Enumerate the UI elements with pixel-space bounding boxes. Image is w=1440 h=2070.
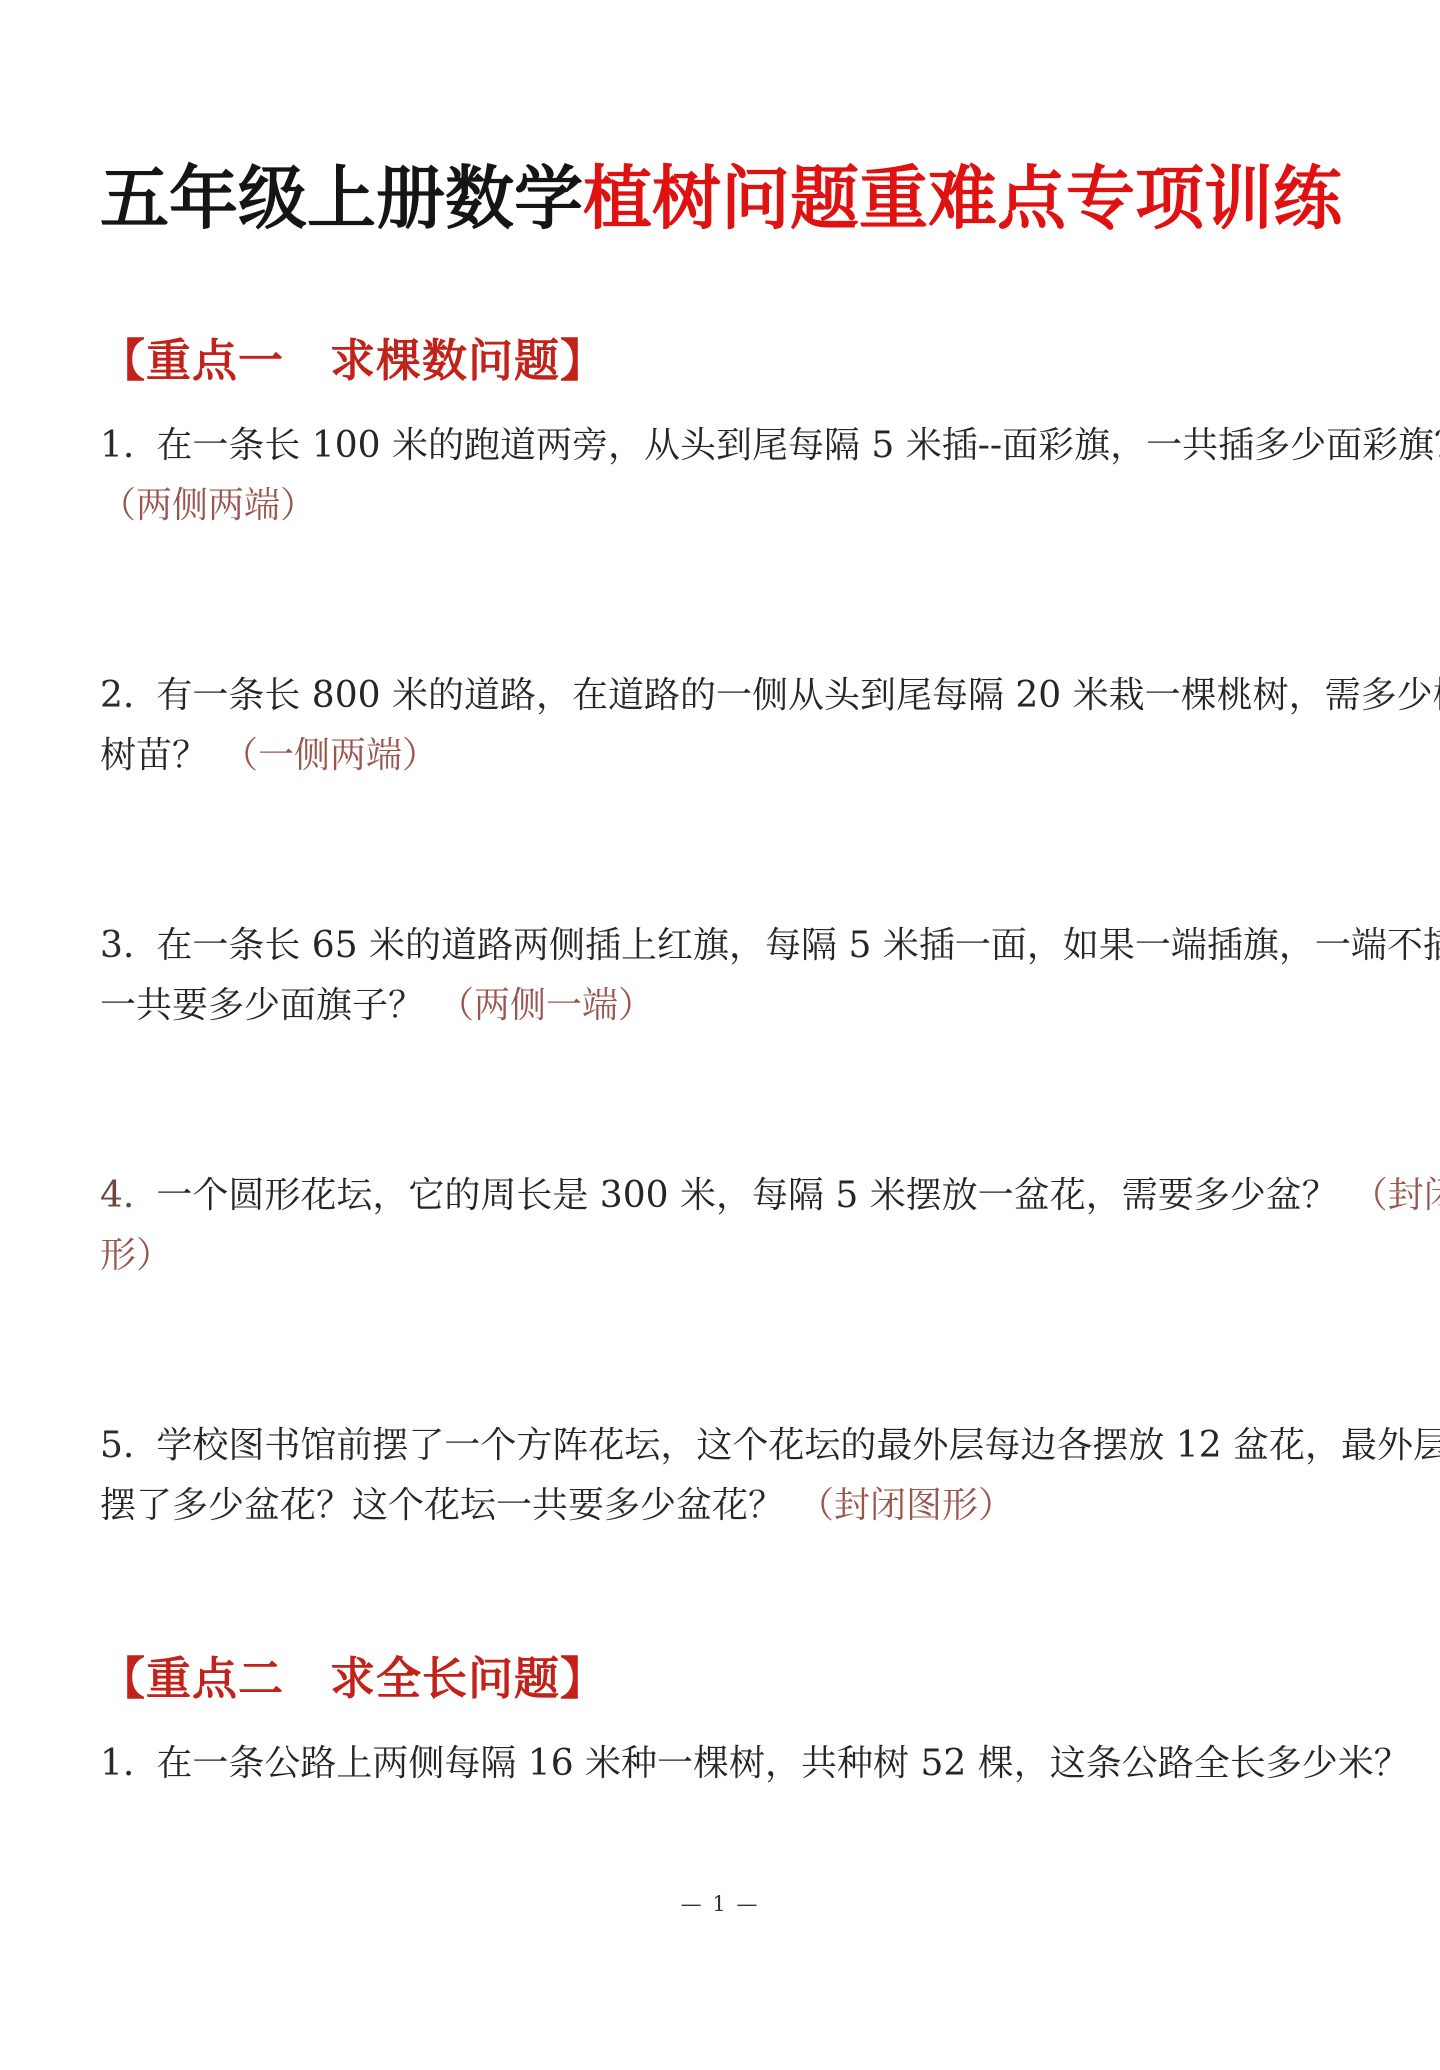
section-key-point-2: 【重点二 求全长问题】 1.在一条公路上两侧每隔 16 米种一棵树，共种树 52… (100, 1654, 1350, 1794)
question-2-hint: （一侧两端） (222, 735, 438, 776)
section-2-question-1: 1.在一条公路上两侧每隔 16 米种一棵树，共种树 52 棵，这条公路全长多少米… (100, 1734, 1350, 1794)
question-1-hint: （两侧两端） (100, 485, 316, 526)
question-1-line-2: （两侧两端） (100, 476, 1350, 536)
question-4: 4.一个圆形花坛，它的周长是 300 米，每隔 5 米摆放一盆花，需要多少盆？（… (100, 1166, 1350, 1286)
page-title: 五年级上册数学植树问题重难点专项训练 (100, 0, 1350, 234)
question-4-text: 一个圆形花坛，它的周长是 300 米，每隔 5 米摆放一盆花，需要多少盆？ (156, 1175, 1337, 1216)
section-2-heading: 【重点二 求全长问题】 (100, 1654, 1350, 1704)
section-2-question-1-number: 1. (100, 1743, 134, 1784)
question-4-number: 4. (100, 1175, 134, 1216)
question-4-line-1: 4.一个圆形花坛，它的周长是 300 米，每隔 5 米摆放一盆花，需要多少盆？（… (100, 1166, 1350, 1226)
question-5-text: 学校图书馆前摆了一个方阵花坛，这个花坛的最外层每边各摆放 12 盆花，最外层共 (156, 1425, 1440, 1466)
question-5-number: 5. (100, 1425, 134, 1466)
title-red-part: 植树问题重难点专项训练 (583, 159, 1342, 239)
question-1-line-1: 1.在一条长 100 米的跑道两旁，从头到尾每隔 5 米插--面彩旗，一共插多少… (100, 416, 1350, 476)
question-1: 1.在一条长 100 米的跑道两旁，从头到尾每隔 5 米插--面彩旗，一共插多少… (100, 416, 1350, 536)
question-3-line-2: 一共要多少面旗子？（两侧一端） (100, 976, 1350, 1036)
question-2-line-2: 树苗？（一侧两端） (100, 726, 1350, 786)
question-3-text: 在一条长 65 米的道路两侧插上红旗，每隔 5 米插一面，如果一端插旗，一端不插… (156, 925, 1440, 966)
title-black-part: 五年级上册数学 (100, 159, 583, 239)
question-2-number: 2. (100, 675, 134, 716)
question-3-hint: （两侧一端） (438, 985, 654, 1026)
question-5-hint: （封闭图形） (798, 1485, 1014, 1526)
question-4-hint-start: （封闭图 (1352, 1175, 1440, 1216)
content-area: 五年级上册数学植树问题重难点专项训练 【重点一 求棵数问题】 1.在一条长 10… (100, 0, 1350, 1794)
question-3-number: 3. (100, 925, 134, 966)
question-3-line-1: 3.在一条长 65 米的道路两侧插上红旗，每隔 5 米插一面，如果一端插旗，一端… (100, 916, 1350, 976)
question-2: 2.有一条长 800 米的道路，在道路的一侧从头到尾每隔 20 米栽一棵桃树，需… (100, 666, 1350, 786)
question-1-number: 1. (100, 425, 134, 466)
question-5-text-continued: 摆了多少盆花？这个花坛一共要多少盆花？ (100, 1485, 784, 1526)
question-1-text: 在一条长 100 米的跑道两旁，从头到尾每隔 5 米插--面彩旗，一共插多少面彩… (156, 425, 1440, 466)
question-5-line-1: 5.学校图书馆前摆了一个方阵花坛，这个花坛的最外层每边各摆放 12 盆花，最外层… (100, 1416, 1350, 1476)
worksheet-page: 五年级上册数学植树问题重难点专项训练 【重点一 求棵数问题】 1.在一条长 10… (0, 0, 1440, 2070)
section-key-point-1: 【重点一 求棵数问题】 1.在一条长 100 米的跑道两旁，从头到尾每隔 5 米… (100, 336, 1350, 1536)
question-5: 5.学校图书馆前摆了一个方阵花坛，这个花坛的最外层每边各摆放 12 盆花，最外层… (100, 1416, 1350, 1536)
question-3-text-continued: 一共要多少面旗子？ (100, 985, 424, 1026)
section-2-question-1-text: 在一条公路上两侧每隔 16 米种一棵树，共种树 52 棵，这条公路全长多少米？ (156, 1743, 1409, 1784)
question-2-text-continued: 树苗？ (100, 735, 208, 776)
question-4-line-2: 形） (100, 1226, 1350, 1286)
section-1-heading: 【重点一 求棵数问题】 (100, 336, 1350, 386)
section-2-question-1-line-1: 1.在一条公路上两侧每隔 16 米种一棵树，共种树 52 棵，这条公路全长多少米… (100, 1734, 1350, 1794)
page-number: — 1 — (0, 1892, 1440, 1916)
question-5-line-2: 摆了多少盆花？这个花坛一共要多少盆花？（封闭图形） (100, 1476, 1350, 1536)
question-2-line-1: 2.有一条长 800 米的道路，在道路的一侧从头到尾每隔 20 米栽一棵桃树，需… (100, 666, 1350, 726)
question-4-hint-end: 形） (100, 1235, 172, 1276)
question-2-text: 有一条长 800 米的道路，在道路的一侧从头到尾每隔 20 米栽一棵桃树，需多少… (156, 675, 1440, 716)
question-3: 3.在一条长 65 米的道路两侧插上红旗，每隔 5 米插一面，如果一端插旗，一端… (100, 916, 1350, 1036)
